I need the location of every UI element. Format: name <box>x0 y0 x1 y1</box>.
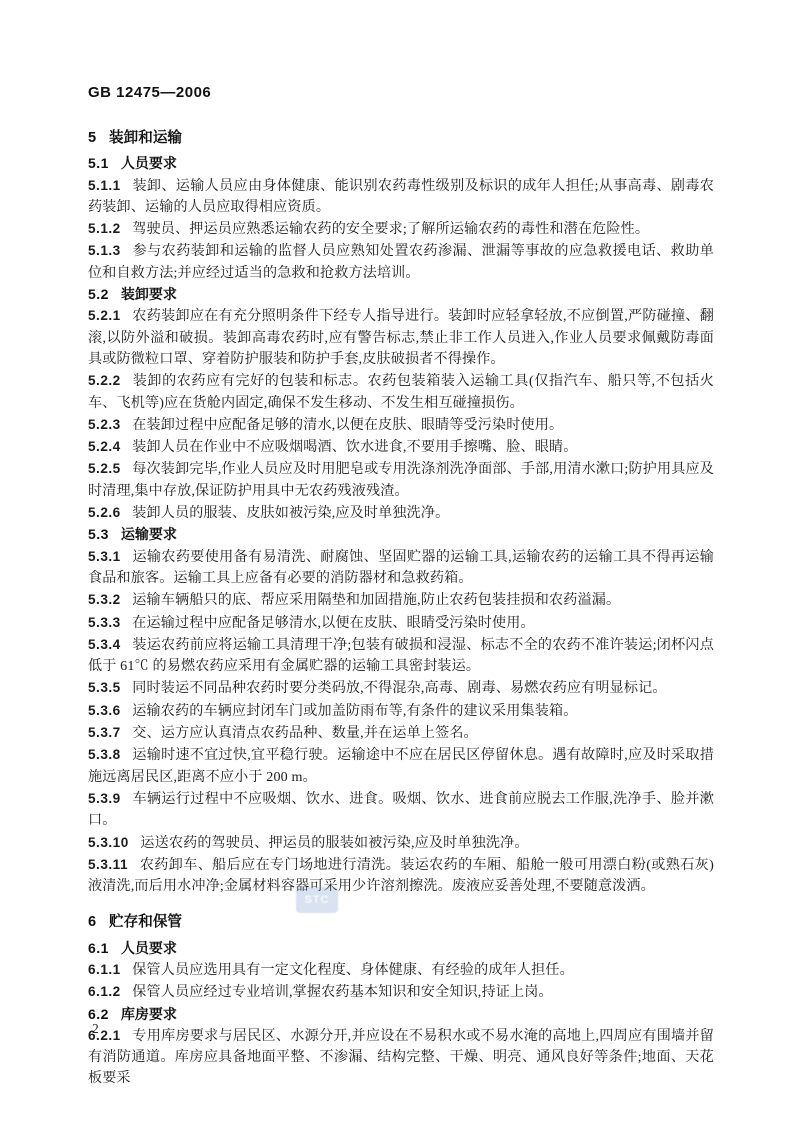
clause-text: 装卸人员的服装、皮肤如被污染,应及时单独洗净。 <box>132 505 449 521</box>
clause-number: 5.2.5 <box>88 461 121 476</box>
clause-number: 5.2.3 <box>88 417 121 432</box>
page-content: GB 12475—2006 5装卸和运输 5.1人员要求 5.1.1装卸、运输人… <box>88 84 714 1090</box>
document-page: GB 12475—2006 5装卸和运输 5.1人员要求 5.1.1装卸、运输人… <box>0 0 794 1123</box>
clause-number: 5.3.4 <box>88 637 121 652</box>
clause: 5.1.2驾驶员、押运员应熟悉运输农药的安全要求;了解所运输农药的毒性和潜在危险… <box>88 218 714 240</box>
clause-text: 运送农药的驾驶员、押运员的服装如被污染,应及时单独洗净。 <box>140 835 528 851</box>
clause: 5.3.9车辆运行过程中不应吸烟、饮水、进食。吸烟、饮水、进食前应脱去工作服,洗… <box>88 788 714 832</box>
clause-text: 专用库房要求与居民区、水源分开,并应设在不易积水或不易水淹的高地上,四周应有围墙… <box>88 1028 714 1087</box>
section-number: 6.2 <box>88 1006 109 1022</box>
clause: 5.3.6运输农药的车辆应封闭车门或加盖防雨布等,有条件的建议采用集装箱。 <box>88 700 714 722</box>
clause: 5.3.3在运输过程中应配备足够清水,以便在皮肤、眼睛受污染时使用。 <box>88 612 714 634</box>
clause-text: 参与农药装卸和运输的监督人员应熟知处置农药渗漏、泄漏等事故的应急救援电话、救助单… <box>88 243 714 280</box>
section-heading: 5.3运输要求 <box>88 524 714 545</box>
clause: 5.3.4装运农药前应将运输工具清理干净;包装有破损和浸湿、标志不全的农药不准许… <box>88 634 714 678</box>
clause-number: 5.3.11 <box>88 857 128 872</box>
clause-text: 在运输过程中应配备足够清水,以便在皮肤、眼睛受污染时使用。 <box>132 615 535 631</box>
clause-text: 运输农药的车辆应封闭车门或加盖防雨布等,有条件的建议采用集装箱。 <box>132 703 577 719</box>
clause: 5.2.6装卸人员的服装、皮肤如被污染,应及时单独洗净。 <box>88 502 714 524</box>
clause-number: 6.1.2 <box>88 984 121 999</box>
chapter-number: 5 <box>88 130 97 146</box>
clause-text: 交、运方应认真清点农药品种、数量,并在运单上签名。 <box>132 725 478 741</box>
clause-text: 同时装运不同品种农药时要分类码放,不得混杂,高毒、剧毒、易燃农药应有明显标记。 <box>132 680 666 696</box>
clause-number: 5.2.4 <box>88 439 121 454</box>
clause-text: 装卸人员在作业中不应吸烟喝酒、饮水进食,不要用手擦嘴、脸、眼睛。 <box>132 439 577 455</box>
clause: 5.3.10运送农药的驾驶员、押运员的服装如被污染,应及时单独洗净。 <box>88 832 714 854</box>
clause-text: 农药卸车、船后应在专门场地进行清洗。装运农药的车厢、船舱一般可用漂白粉(或熟石灰… <box>88 857 714 894</box>
clause: 5.3.11农药卸车、船后应在专门场地进行清洗。装运农药的车厢、船舱一般可用漂白… <box>88 854 714 898</box>
clause-number: 5.2.6 <box>88 505 121 520</box>
clause-text: 保管人员应经过专业培训,掌握农药基本知识和安全知识,持证上岗。 <box>132 984 552 1000</box>
clause-number: 5.3.3 <box>88 615 121 630</box>
clause-text: 农药装卸应在有充分照明条件下经专人指导进行。装卸时应轻拿轻放,不应倒置,严防碰撞… <box>88 308 714 367</box>
clause-text: 运输车辆船只的底、帮应采用隔垫和加固措施,防止农药包装挂损和农药溢漏。 <box>132 592 620 608</box>
clause: 5.2.4装卸人员在作业中不应吸烟喝酒、饮水进食,不要用手擦嘴、脸、眼睛。 <box>88 436 714 458</box>
clause-number: 5.3.6 <box>88 703 121 718</box>
clause-text: 装卸的农药应有完好的包装和标志。农药包装箱装入运输工具(仅指汽车、船只等,不包括… <box>88 373 714 410</box>
clause-number: 5.3.5 <box>88 680 121 695</box>
standard-code-header: GB 12475—2006 <box>88 84 714 101</box>
clause-text: 每次装卸完毕,作业人员应及时用肥皂或专用洗涤剂洗净面部、手部,用清水漱口;防护用… <box>88 461 714 498</box>
clause: 5.3.2运输车辆船只的底、帮应采用隔垫和加固措施,防止农药包装挂损和农药溢漏。 <box>88 589 714 611</box>
clause: 6.2.1专用库房要求与居民区、水源分开,并应设在不易积水或不易水淹的高地上,四… <box>88 1025 714 1090</box>
section-title: 库房要求 <box>121 1006 177 1022</box>
section-number: 5.1 <box>88 155 109 171</box>
clause: 5.3.7交、运方应认真清点农药品种、数量,并在运单上签名。 <box>88 722 714 744</box>
section-title: 人员要求 <box>121 940 177 956</box>
clause-text: 驾驶员、押运员应熟悉运输农药的安全要求;了解所运输农药的毒性和潜在危险性。 <box>132 221 649 237</box>
clause: 6.1.1保管人员应选用具有一定文化程度、身体健康、有经验的成年人担任。 <box>88 959 714 981</box>
section-title: 装卸要求 <box>121 286 177 302</box>
clause-text: 车辆运行过程中不应吸烟、饮水、进食。吸烟、饮水、进食前应脱去工作服,洗净手、脸并… <box>88 791 714 828</box>
clause-number: 5.1.3 <box>88 243 121 258</box>
clause-text: 运输农药要使用备有易清洗、耐腐蚀、坚固贮器的运输工具,运输农药的运输工具不得再运… <box>88 549 714 586</box>
clause-text: 在装卸过程中应配备足够的清水,以便在皮肤、眼睛等受污染时使用。 <box>132 417 563 433</box>
clause-number: 5.1.1 <box>88 178 121 193</box>
chapter-number: 6 <box>88 914 97 930</box>
clause-number: 5.2.2 <box>88 373 121 388</box>
clause: 6.1.2保管人员应经过专业培训,掌握农药基本知识和安全知识,持证上岗。 <box>88 981 714 1003</box>
section-heading: 6.1人员要求 <box>88 938 714 959</box>
section-title: 人员要求 <box>121 155 177 171</box>
section-number: 5.2 <box>88 286 109 302</box>
chapter-heading: 5装卸和运输 <box>88 128 714 149</box>
section-heading: 6.2库房要求 <box>88 1004 714 1025</box>
clause: 5.1.1装卸、运输人员应由身体健康、能识别农药毒性级别及标识的成年人担任;从事… <box>88 175 714 219</box>
chapter-heading: 6贮存和保管 <box>88 912 714 933</box>
clause-number: 5.2.1 <box>88 308 121 323</box>
clause-number: 5.3.7 <box>88 725 121 740</box>
section-heading: 5.1人员要求 <box>88 153 714 174</box>
clause: 5.3.8运输时速不宜过快,宜平稳行驶。运输途中不应在居民区停留休息。遇有故障时… <box>88 744 714 788</box>
clause-number: 5.3.9 <box>88 791 121 806</box>
clause-number: 5.3.2 <box>88 592 121 607</box>
clause-text: 装卸、运输人员应由身体健康、能识别农药毒性级别及标识的成年人担任;从事高毒、剧毒… <box>88 178 714 215</box>
clause: 5.2.2装卸的农药应有完好的包装和标志。农药包装箱装入运输工具(仅指汽车、船只… <box>88 370 714 414</box>
clause: 5.1.3参与农药装卸和运输的监督人员应熟知处置农药渗漏、泄漏等事故的应急救援电… <box>88 240 714 284</box>
clause-text: 保管人员应选用具有一定文化程度、身体健康、有经验的成年人担任。 <box>132 962 574 978</box>
clause: 5.2.3在装卸过程中应配备足够的清水,以便在皮肤、眼睛等受污染时使用。 <box>88 414 714 436</box>
clause: 5.2.1农药装卸应在有充分照明条件下经专人指导进行。装卸时应轻拿轻放,不应倒置… <box>88 305 714 370</box>
clause-text: 运输时速不宜过快,宜平稳行驶。运输途中不应在居民区停留休息。遇有故障时,应及时采… <box>88 747 714 784</box>
page-number: 2 <box>92 1021 99 1037</box>
clause-number: 5.1.2 <box>88 221 121 236</box>
section-number: 6.1 <box>88 940 109 956</box>
clause-text: 装运农药前应将运输工具清理干净;包装有破损和浸湿、标志不全的农药不准许装运;闭杯… <box>88 637 714 674</box>
clause: 5.3.1运输农药要使用备有易清洗、耐腐蚀、坚固贮器的运输工具,运输农药的运输工… <box>88 546 714 590</box>
section-title: 运输要求 <box>121 526 177 542</box>
clause: 5.2.5每次装卸完毕,作业人员应及时用肥皂或专用洗涤剂洗净面部、手部,用清水漱… <box>88 458 714 502</box>
clause-number: 5.3.1 <box>88 549 121 564</box>
clause-number: 5.3.10 <box>88 835 129 850</box>
chapter-title: 装卸和运输 <box>109 130 182 146</box>
clause-number: 5.3.8 <box>88 747 121 762</box>
section-heading: 5.2装卸要求 <box>88 284 714 305</box>
clause: 5.3.5同时装运不同品种农药时要分类码放,不得混杂,高毒、剧毒、易燃农药应有明… <box>88 677 714 699</box>
section-number: 5.3 <box>88 526 109 542</box>
chapter-title: 贮存和保管 <box>109 914 182 930</box>
clause-number: 6.1.1 <box>88 962 121 977</box>
